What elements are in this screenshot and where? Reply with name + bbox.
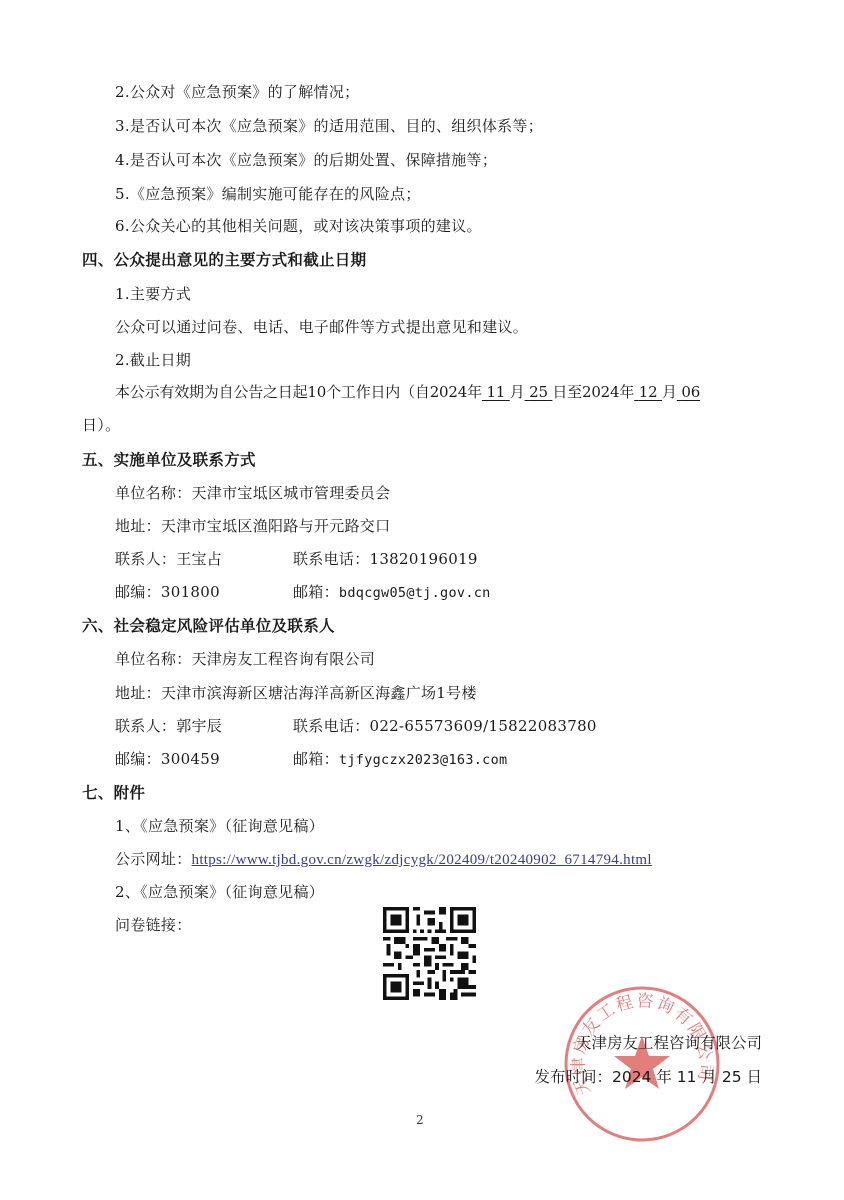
email-line: 邮箱：bdqcgw05@tj.gov.cn	[293, 582, 491, 603]
address: 地址：天津市宝坻区渔阳路与开元路交口	[115, 516, 390, 536]
contact-person: 联系人：王宝占	[115, 549, 222, 569]
deadline-paragraph: 本公示有效期为自公告之日起10个工作日内（自2024年 11 月 25 日至20…	[115, 382, 700, 402]
email-address: bdqcgw05@tj.gov.cn	[339, 585, 491, 601]
paragraph: 公众可以通过问卷、电话、电子邮件等方式提出意见和建议。	[115, 317, 528, 337]
contact-phone: 联系电话：022-65573609/15822083780	[293, 716, 597, 736]
survey-label: 问卷链接：	[115, 915, 192, 935]
end-day: 06	[677, 383, 700, 401]
unit-name: 单位名称：天津房友工程咨询有限公司	[115, 649, 375, 669]
list-item: 6.公众关心的其他相关问题，或对该决策事项的建议。	[115, 216, 482, 236]
start-day: 25	[525, 383, 553, 401]
list-item: 4.是否认可本次《应急预案》的后期处置、保障措施等；	[115, 150, 497, 170]
section-heading-5: 五、实施单位及联系方式	[82, 450, 256, 470]
unit-name: 单位名称：天津市宝坻区城市管理委员会	[115, 483, 390, 503]
notice-url-link[interactable]: https://www.tjbd.gov.cn/zwgk/zdjcygk/202…	[192, 852, 652, 868]
publish-date: 发布时间：2024 年 11 月 25 日	[534, 1065, 762, 1087]
subheading: 2.截止日期	[115, 350, 191, 370]
section-heading-7: 七、附件	[82, 783, 145, 803]
deadline-prefix: 本公示有效期为自公告之日起10个工作日内（自2024年	[115, 383, 482, 401]
postcode: 邮编：301800	[115, 582, 220, 602]
list-item: 5.《应急预案》编制实施可能存在的风险点；	[115, 184, 421, 204]
deadline-suffix: 日）。	[82, 415, 120, 435]
attachment-1: 1、《应急预案》（征询意见稿）	[115, 816, 324, 836]
company-seal-icon: 天津房友工程咨询有限公司	[562, 984, 722, 1144]
address: 地址：天津市滨海新区塘沽海洋高新区海鑫广场1号楼	[115, 683, 477, 703]
email-address: tjfygczx2023@163.com	[339, 752, 508, 768]
section-heading-6: 六、社会稳定风险评估单位及联系人	[82, 616, 335, 636]
subheading: 1.主要方式	[115, 284, 191, 304]
end-month: 12	[634, 383, 662, 401]
qr-code-icon[interactable]	[383, 907, 476, 1000]
email-line: 邮箱：tjfygczx2023@163.com	[293, 749, 507, 770]
list-item: 2.公众对《应急预案》的了解情况；	[115, 82, 359, 102]
section-heading-4: 四、公众提出意见的主要方式和截止日期	[82, 250, 366, 270]
signature-company: 天津房友工程咨询有限公司	[576, 1031, 762, 1053]
attachment-2: 2、《应急预案》（征询意见稿）	[115, 882, 324, 902]
contact-phone: 联系电话：13820196019	[293, 549, 478, 569]
list-item: 3.是否认可本次《应急预案》的适用范围、目的、组织体系等；	[115, 116, 543, 136]
contact-person: 联系人：郭宇辰	[115, 716, 222, 736]
start-month: 11	[482, 383, 510, 401]
page-number: 2	[416, 1113, 424, 1127]
url-line: 公示网址：https://www.tjbd.gov.cn/zwgk/zdjcyg…	[115, 849, 652, 870]
postcode: 邮编：300459	[115, 749, 220, 769]
